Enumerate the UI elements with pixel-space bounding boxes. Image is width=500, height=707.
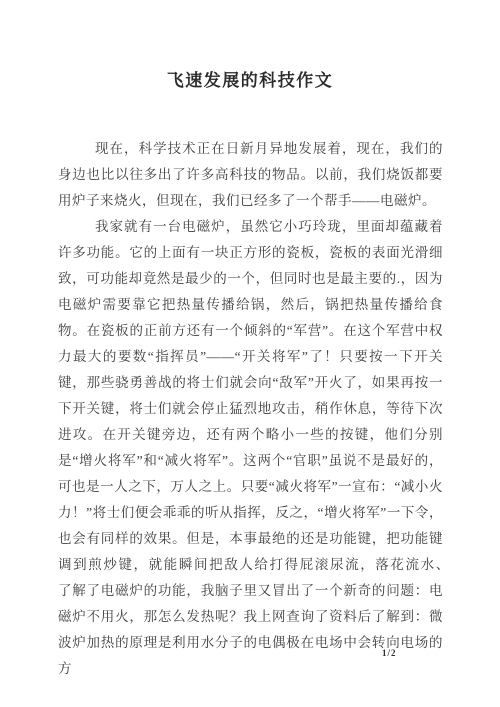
page-number: 1/2 xyxy=(382,648,397,658)
document-body: 现在，科学技术正在日新月异地发展着，现在，我们的身边也比以往多出了许多高科技的物… xyxy=(58,136,443,682)
paragraph-1: 现在，科学技术正在日新月异地发展着，现在，我们的身边也比以往多出了许多高科技的物… xyxy=(58,136,443,214)
document-title: 飞速发展的科技作文 xyxy=(0,68,500,94)
paragraph-2: 我家就有一台电磁炉，虽然它小巧玲珑，里面却蕴藏着许多功能。它的上面有一块正方形的… xyxy=(58,214,443,682)
document-page: 飞速发展的科技作文 现在，科学技术正在日新月异地发展着，现在，我们的身边也比以往… xyxy=(0,0,500,707)
